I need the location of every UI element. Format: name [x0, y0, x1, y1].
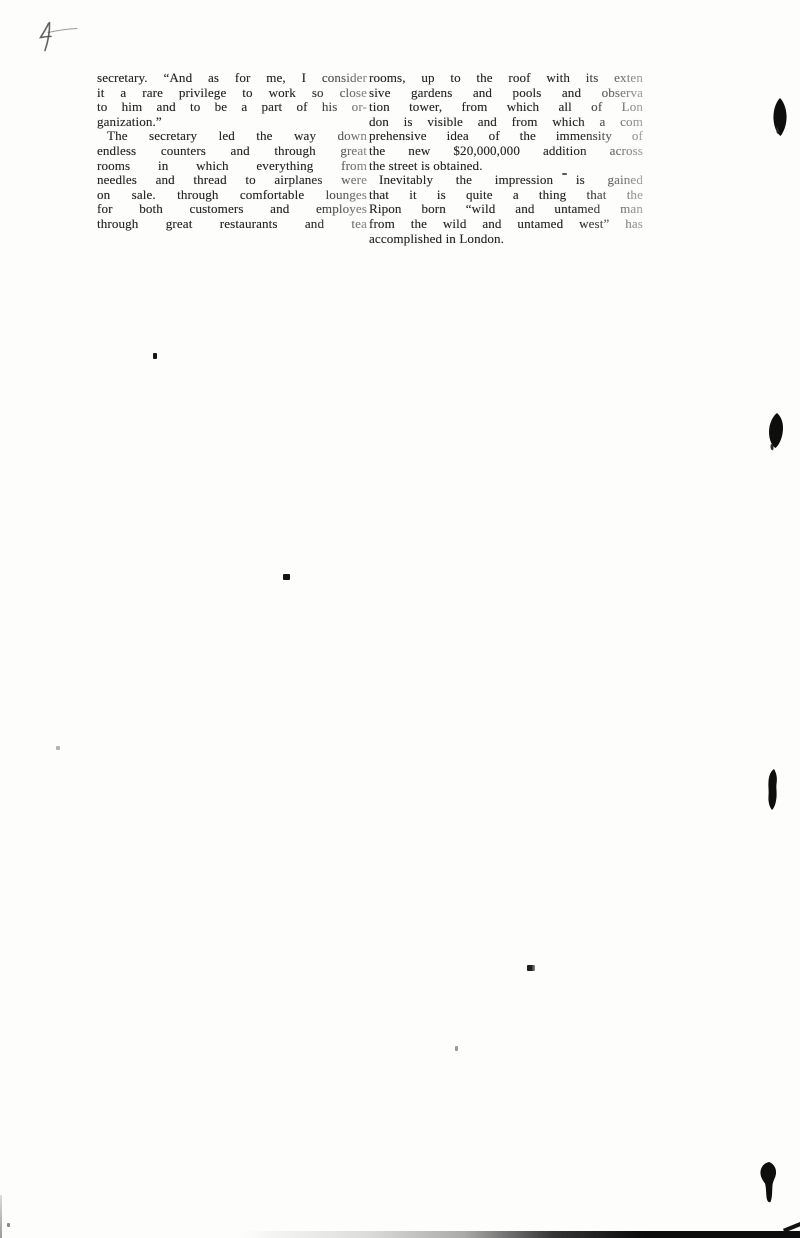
text-line: don is visible and from which a com: [369, 115, 643, 130]
dust-speck: [562, 173, 567, 175]
handwritten-page-number: [35, 18, 83, 58]
text-line: needles and thread to airplanes were: [97, 173, 367, 188]
newspaper-clipping: secretary. “And as for me, I consider it…: [97, 71, 643, 246]
text-line: rooms in which everything from: [97, 159, 367, 174]
text-line: sive gardens and pools and observa: [369, 86, 643, 101]
scanned-document-page: secretary. “And as for me, I consider it…: [0, 0, 800, 1238]
text-line: rooms, up to the roof with its exten: [369, 71, 643, 86]
ink-blot-icon: [767, 413, 785, 451]
text-line: it a rare privilege to work so close: [97, 86, 367, 101]
text-line: accomplished in London.: [369, 232, 643, 247]
text-line: on sale. through comfortable lounges: [97, 188, 367, 203]
text-line: Inevitably the impression is gained: [369, 173, 643, 188]
bottom-left-scan-edge: [0, 1195, 2, 1238]
dust-speck: [153, 353, 157, 359]
text-line: through great restaurants and tea: [97, 217, 367, 232]
article-column-left: secretary. “And as for me, I consider it…: [97, 71, 367, 246]
text-line: from the wild and untamed west” has: [369, 217, 643, 232]
text-line: Ripon born “wild and untamed man: [369, 202, 643, 217]
dust-speck: [7, 1223, 10, 1227]
text-line: endless counters and through great: [97, 144, 367, 159]
text-line: to him and to be a part of his or-: [97, 100, 367, 115]
bottom-scan-edge: [240, 1231, 800, 1238]
dust-speck: [56, 746, 60, 750]
dust-speck: [283, 574, 290, 580]
ink-blot-icon: [759, 1162, 778, 1203]
text-line: for both customers and employes: [97, 202, 367, 217]
text-line: prehensive idea of the immensity of: [369, 129, 643, 144]
text-line: that it is quite a thing that the: [369, 188, 643, 203]
dust-speck: [455, 1046, 458, 1051]
text-line: ganization.”: [97, 115, 367, 130]
ink-blot-icon: [771, 98, 788, 137]
text-line: tion tower, from which all of Lon: [369, 100, 643, 115]
text-line: the street is obtained.: [369, 159, 643, 174]
ink-blot-icon: [766, 769, 779, 810]
article-column-right: rooms, up to the roof with its exten siv…: [367, 71, 643, 246]
dust-speck: [527, 965, 535, 971]
text-line: secretary. “And as for me, I consider: [97, 71, 367, 86]
text-line: The secretary led the way down: [97, 129, 367, 144]
text-line: the new $20,000,000 addition across: [369, 144, 643, 159]
